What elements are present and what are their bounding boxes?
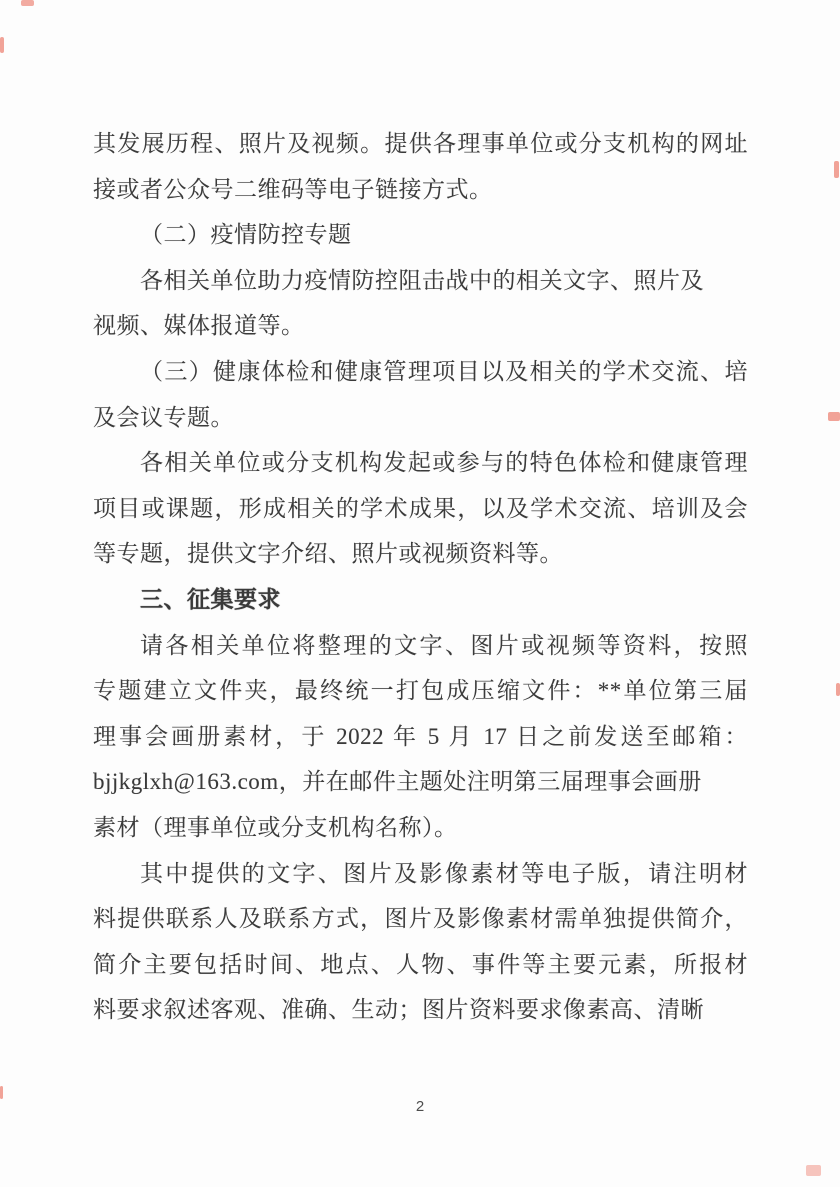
section-heading: （二）疫情防控专题 [93,212,748,258]
text-line: 料要求叙述客观、准确、生动；图片资料要求像素高、清晰 [93,987,748,1033]
section-title: 三、征集要求 [93,577,748,623]
text-line: 请各相关单位将整理的文字、图片或视频等资料，按照 [93,623,748,669]
red-scan-mark [834,161,839,178]
text-line: 料提供联系人及联系方式，图片及影像素材需单独提供简介， [93,896,748,942]
text-line: 各相关单位助力疫情防控阻击战中的相关文字、照片及 [93,258,748,304]
page-number: 2 [0,1098,840,1115]
red-scan-mark [806,1165,821,1176]
text-line-email: bjjkglxh@163.com，并在邮件主题处注明第三届理事会画册 [93,759,748,805]
text-line: 其发展历程、照片及视频。提供各理事单位或分支机构的网址链 [93,121,748,167]
text-line: 其中提供的文字、图片及影像素材等电子版，请注明材 [93,851,748,897]
text-line: 视频、媒体报道等。 [93,303,748,349]
document-text-block: 其发展历程、照片及视频。提供各理事单位或分支机构的网址链 接或者公众号二维码等电… [93,121,748,1033]
red-scan-mark [828,412,840,421]
text-line: 简介主要包括时间、地点、人物、事件等主要元素，所报材 [93,942,748,988]
red-scan-mark [836,683,840,696]
text-line: 各相关单位或分支机构发起或参与的特色体检和健康管理 [93,440,748,486]
text-line: 及会议专题。 [93,395,748,441]
scanned-document-page: 其发展历程、照片及视频。提供各理事单位或分支机构的网址链 接或者公众号二维码等电… [0,0,840,1187]
text-line: 专题建立文件夹，最终统一打包成压缩文件：**单位第三届 [93,668,748,714]
text-line: 素材（理事单位或分支机构名称）。 [93,805,748,851]
section-heading: （三）健康体检和健康管理项目以及相关的学术交流、培训 [93,349,748,395]
text-line: 理事会画册素材，于 2022 年 5 月 17 日之前发送至邮箱： [93,714,748,760]
text-line: 接或者公众号二维码等电子链接方式。 [93,167,748,213]
text-line: 项目或课题，形成相关的学术成果，以及学术交流、培训及会议 [93,486,748,532]
red-scan-mark [0,37,4,53]
text-line: 等专题，提供文字介绍、照片或视频资料等。 [93,531,748,577]
red-scan-mark [21,0,34,6]
